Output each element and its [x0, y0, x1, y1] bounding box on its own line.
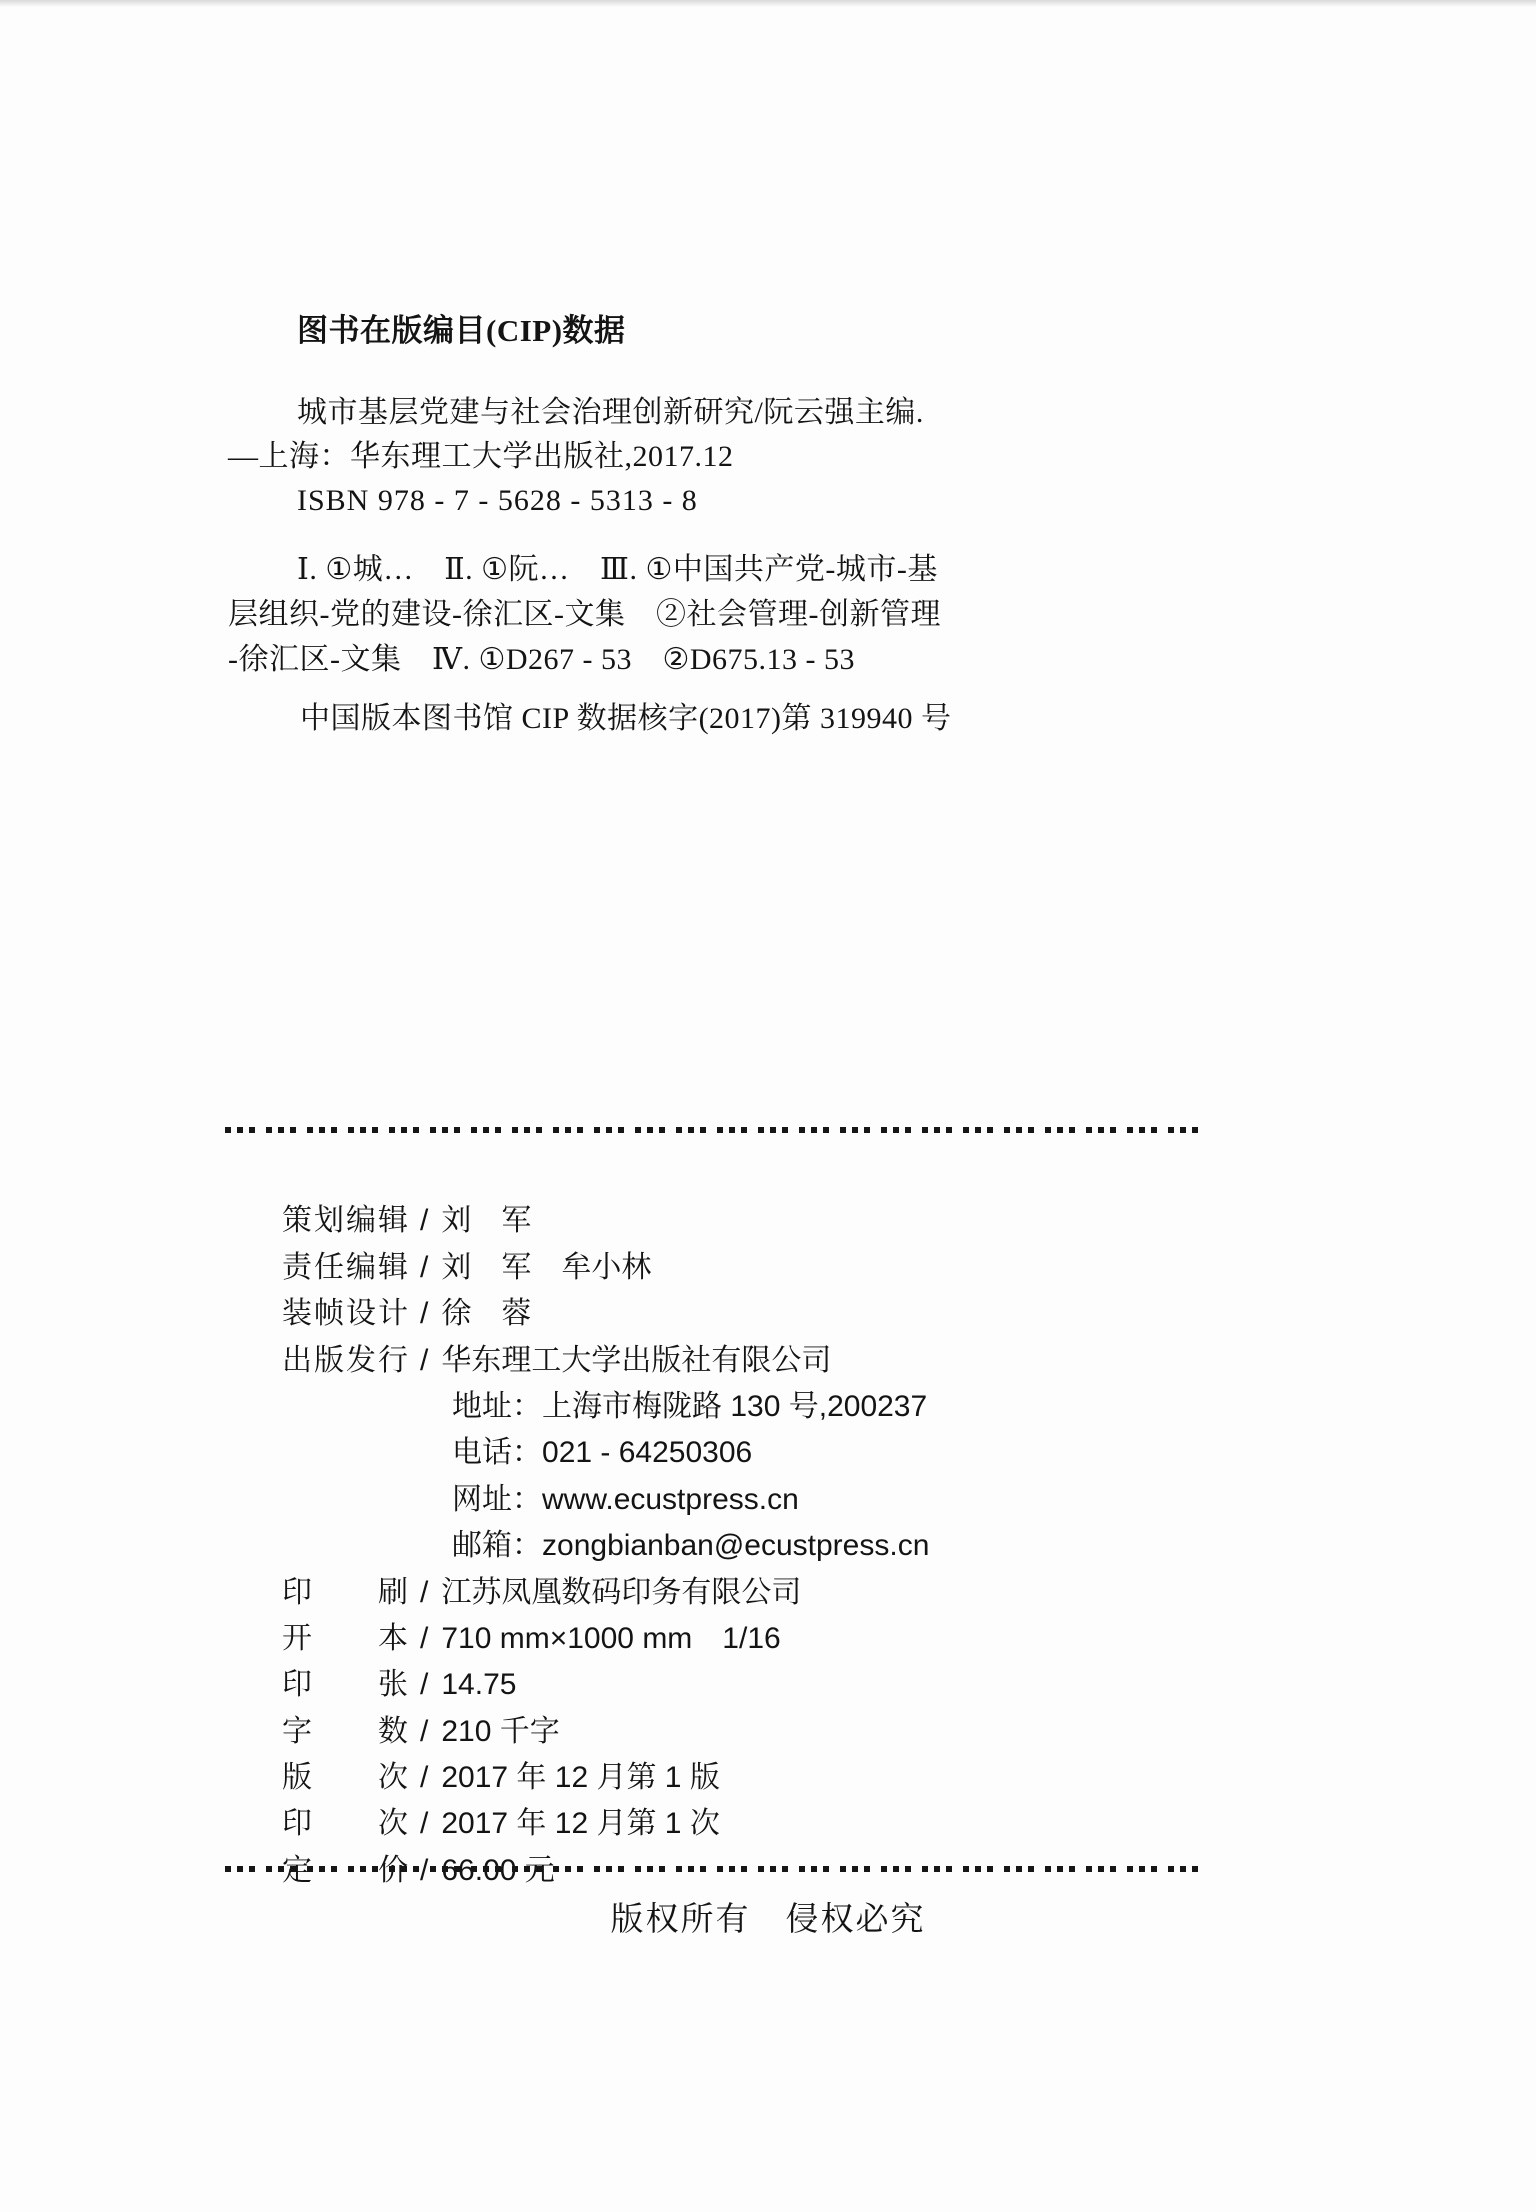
row-separator: /: [420, 1616, 428, 1662]
cip-record-title-line: 城市基层党建与社会治理创新研究/阮云强主编.: [297, 396, 924, 430]
row-label: 开本: [282, 1616, 408, 1662]
dotted-divider-bottom: [225, 1866, 1198, 1872]
row-value: 14.75: [441, 1668, 516, 1701]
row-separator: /: [420, 1709, 428, 1755]
row-separator: /: [420, 1198, 428, 1244]
cip-classification-line: Ⅰ. ①城… Ⅱ. ①阮… Ⅲ. ①中国共产党-城市-基: [297, 553, 938, 587]
contact-value: www.ecustpress.cn: [542, 1483, 799, 1516]
colophon-block: 策划编辑/刘 军 责任编辑/刘 军 牟小林 装帧设计/徐 蓉 出版发行/华东理工…: [232, 1152, 929, 1848]
contact-value: 上海市梅陇路 130 号,200237: [542, 1390, 927, 1423]
row-value: 江苏凤凰数码印务有限公司: [441, 1576, 801, 1609]
row-value: 华东理工大学出版社有限公司: [441, 1344, 831, 1377]
row-separator: /: [420, 1291, 428, 1337]
copyright-notice: 版权所有 侵权必究: [0, 1893, 1536, 1940]
row-label: 出版发行: [282, 1338, 408, 1384]
copyright-page: 图书在版编目(CIP)数据 城市基层党建与社会治理创新研究/阮云强主编. —上海…: [0, 0, 1536, 2212]
row-separator: /: [420, 1755, 428, 1801]
row-value: 710 mm×1000 mm 1/16: [441, 1622, 780, 1655]
colophon-row-planning-editor: 策划编辑/刘 军: [232, 1152, 929, 1198]
row-separator: /: [420, 1338, 428, 1384]
row-label: 责任编辑: [282, 1245, 408, 1291]
row-value: 徐 蓉: [441, 1297, 531, 1330]
row-value: 刘 军 牟小林: [441, 1251, 651, 1284]
cip-classification-line: -徐汇区-文集 Ⅳ. ①D267 - 53 ②D675.13 - 53: [228, 643, 855, 677]
row-separator: /: [420, 1662, 428, 1708]
row-label: 印次: [282, 1801, 408, 1847]
row-label: 印张: [282, 1662, 408, 1708]
row-value: 刘 军: [441, 1204, 531, 1237]
row-value: 2017 年 12 月第 1 次: [441, 1807, 719, 1840]
contact-label: 邮箱：: [452, 1529, 542, 1562]
contact-label: 地址：: [452, 1390, 542, 1423]
row-label: 字数: [282, 1709, 408, 1755]
row-value: 2017 年 12 月第 1 版: [441, 1761, 719, 1794]
cip-classification-line: 层组织-党的建设-徐汇区-文集 ②社会管理-创新管理: [228, 598, 941, 632]
row-label: 印刷: [282, 1570, 408, 1616]
row-label: 版次: [282, 1755, 408, 1801]
row-value: 210 千字: [441, 1715, 559, 1748]
row-label: 装帧设计: [282, 1291, 408, 1337]
row-label: 策划编辑: [282, 1198, 408, 1244]
contact-label: 电话：: [452, 1436, 542, 1469]
row-separator: /: [420, 1245, 428, 1291]
cip-record-isbn-line: ISBN 978 - 7 - 5628 - 5313 - 8: [297, 484, 698, 518]
contact-label: 网址：: [452, 1483, 542, 1516]
cip-record-publisher-line: —上海：华东理工大学出版社,2017.12: [228, 440, 734, 474]
cip-registry-line: 中国版本图书馆 CIP 数据核字(2017)第 319940 号: [300, 702, 952, 736]
row-separator: /: [420, 1801, 428, 1847]
cip-heading: 图书在版编目(CIP)数据: [297, 314, 626, 348]
contact-value: zongbianban@ecustpress.cn: [542, 1529, 929, 1562]
dotted-divider-top: [225, 1127, 1198, 1133]
contact-value: 021 - 64250306: [542, 1436, 752, 1469]
row-separator: /: [420, 1570, 428, 1616]
